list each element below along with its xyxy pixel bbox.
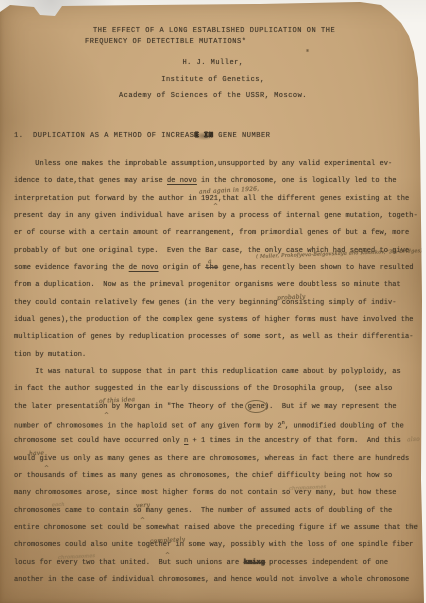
handwritten-insert-very: very [136, 502, 150, 510]
typed-line: they could contain relatively few genes … [14, 299, 416, 316]
handwritten-margin-also: also [407, 436, 420, 444]
underlined-de-novo: de novo [167, 177, 197, 185]
heading-text-end: GENE NUMBER [214, 132, 271, 140]
struck-word: the [205, 264, 218, 272]
title-line-2: FREQUENCY OF DETECTIBLE MUTATIONS* [85, 38, 247, 46]
typed-line: tion by mutation. [14, 351, 416, 368]
overtyped-blot: E IN [195, 132, 214, 140]
insertion-caret: ^ [104, 412, 109, 419]
handwritten-insert-have: have [29, 450, 45, 458]
insertion-caret: ^ [140, 517, 145, 524]
affiliation-academy: Academy of Sciences of the USSR, Moscow. [0, 92, 426, 100]
typed-line: many chromosomes arose, since most highe… [14, 489, 416, 506]
typed-line: er of course with a certain amount of re… [14, 229, 416, 246]
typed-line: in fact the author suggested in the earl… [14, 385, 416, 402]
typed-line: multiplication of genes by reduplication… [14, 333, 416, 350]
insertion-caret: ^ [213, 203, 218, 210]
overstruck-typo: kmixg [244, 559, 265, 567]
circled-word-gene: gene [248, 403, 265, 411]
affiliation-institute: Institute of Genetics, [0, 76, 426, 84]
typed-line: Unless one makes the improbable assumpti… [14, 160, 416, 177]
title-line-1: THE EFFECT OF A LONG ESTABLISHED DUPLICA… [93, 27, 335, 35]
typed-line: would give us only as many genes as ther… [14, 455, 416, 472]
author-name: H. J. Muller, [0, 59, 426, 67]
insertion-caret: ^ [165, 552, 170, 559]
section-heading: 1. DUPLICATION AS A METHOD OF INCREASE I… [14, 132, 271, 140]
typed-line: number of chromosomes in the haploid set… [14, 420, 416, 437]
typed-line: the later presentation by Morgan in "The… [14, 403, 416, 420]
typed-line: idual genes),the production of the compl… [14, 316, 416, 333]
typed-line: from a duplication. Now as the primeval … [14, 281, 416, 298]
handwritten-correction-a: a [208, 258, 212, 265]
typed-line: locus for every two that united. But suc… [14, 559, 416, 576]
typed-line: or thousands of times as many genes as c… [14, 472, 416, 489]
underlined-de-novo: de novo [129, 264, 159, 272]
typed-line: It was natural to suppose that in part t… [14, 368, 416, 385]
typed-line: chromosome set could have occurred only … [14, 437, 416, 454]
insertion-caret: ^ [44, 465, 49, 472]
handwritten-insert-each: each [52, 502, 65, 509]
handwritten-margin-the: the [408, 523, 419, 531]
typed-line: present day in any given individual have… [14, 212, 416, 229]
handwritten-asterisk-mark: * [306, 49, 309, 56]
scanned-page: THE EFFECT OF A LONG ESTABLISHED DUPLICA… [0, 0, 426, 603]
typed-line: entire chromosome set could be somewhat … [14, 524, 416, 541]
paper-sheet: THE EFFECT OF A LONG ESTABLISHED DUPLICA… [0, 0, 426, 603]
heading-text: 1. DUPLICATION AS A METHOD OF INCREAS [14, 132, 195, 140]
handwritten-insert-probably: probably [277, 293, 306, 301]
typed-line: another in the case of individual chromo… [14, 576, 416, 593]
typed-line: some evidence favoring the de novo origi… [14, 264, 416, 281]
typed-line: chromosomes came to contain so many gene… [14, 507, 416, 524]
body-text: Unless one makes the improbable assumpti… [14, 160, 416, 593]
